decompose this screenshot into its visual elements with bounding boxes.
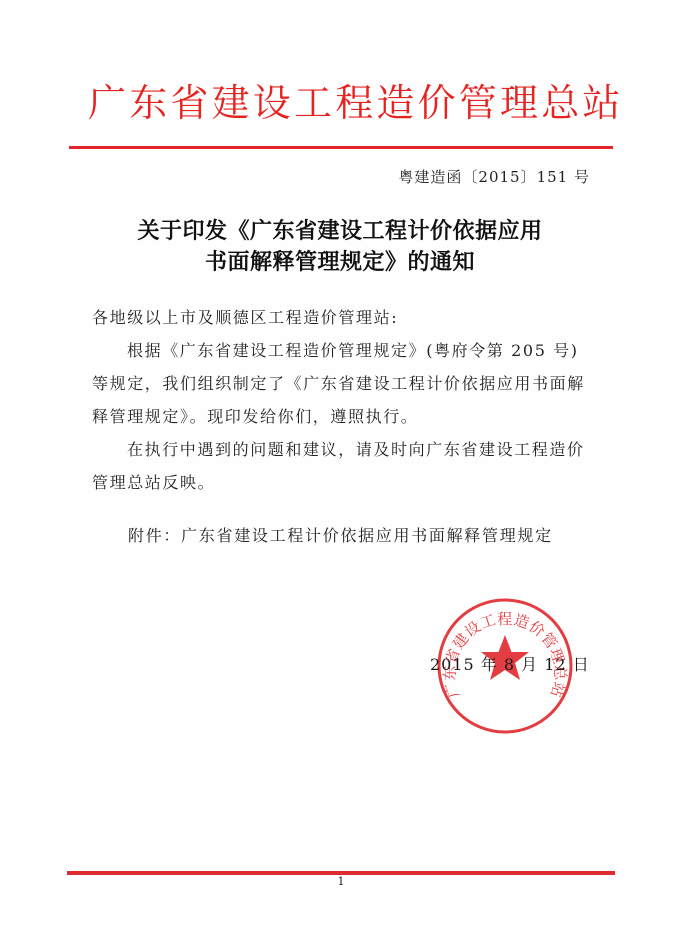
notice-title: 关于印发《广东省建设工程计价依据应用 书面解释管理规定》的通知 — [90, 216, 590, 278]
addressee: 各地级以上市及顺德区工程造价管理站: — [92, 301, 592, 334]
header-red-rule — [69, 146, 613, 149]
page-number: 1 — [336, 875, 346, 889]
body-paragraph: 在执行中遇到的问题和建议，请及时向广东省建设工程造价管理总站反映。 — [92, 433, 592, 499]
issuer-header: 广东省建设工程造价管理总站 — [88, 78, 598, 128]
document-page: 广东省建设工程造价管理总站 粤建造函〔2015〕151 号 关于印发《广东省建设… — [0, 0, 680, 939]
document-number: 粤建造函〔2015〕151 号 — [398, 166, 590, 188]
notice-body: 各地级以上市及顺德区工程造价管理站: 根据《广东省建设工程造价管理规定》(粤府令… — [92, 301, 592, 499]
attachment-line: 附件：广东省建设工程计价依据应用书面解释管理规定 — [128, 524, 553, 548]
issue-date: 2015 年 8 月 12 日 — [430, 653, 590, 677]
notice-title-line-2: 书面解释管理规定》的通知 — [90, 247, 590, 278]
notice-title-line-1: 关于印发《广东省建设工程计价依据应用 — [90, 216, 590, 247]
body-paragraph: 根据《广东省建设工程造价管理规定》(粤府令第 205 号)等规定，我们组织制定了… — [92, 334, 592, 433]
